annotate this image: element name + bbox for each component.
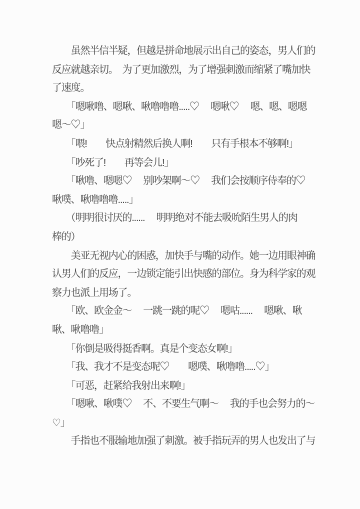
text-block: 虽然半信半疑，但越是拼命地展示出自己的姿态，男人们的 反应就越亲切。 为了更加激… [52,43,318,452]
text-line: 啾噗、啾噜噜噜.....」 [52,192,318,211]
text-line: 「可恶，赶紧给我射出来啊!」 [52,378,318,397]
text-line: 了速度。 [52,80,318,99]
text-line: 「啾噜、嗯嗯♡ 别吵架啊～♡ 我们会按顺序侍奉的♡ [52,173,318,192]
ebook-page: 虽然半信半疑，但越是拼命地展示出自己的姿态，男人们的 反应就越亲切。 为了更加激… [0,0,360,509]
text-line: 察力也派上用场了。 [52,285,318,304]
text-line: ♡」 [52,415,318,434]
text-line: 棒的） [52,229,318,248]
text-line: （明明很讨厌的...... 明明绝对不能去吸吮陌生男人的肉 [52,210,318,229]
text-line: 「嗯啾噜、嗯啾、啾噜噜噜.....♡ 嗯啾♡ 嗯、嗯、嗯嗯 [52,99,318,118]
text-line: 认男人们的反应，一边锁定能引出快感的部位。身为科学家的观 [52,266,318,285]
text-line: 啾、啾噜噜」 [52,322,318,341]
text-line: 「喂! 快点射精然后换人啊! 只有手根本不够啊!」 [52,136,318,155]
text-line: 「吵死了! 再等会儿!」 [52,155,318,174]
text-line: 「嗯啾、啾噗♡ 不、不要生气啊～ 我的手也会努力的～ [52,396,318,415]
text-line: 「我、我才不是变态呢♡ 嗯噗、啾噜噜.....♡」 [52,359,318,378]
text-line: 反应就越亲切。 为了更加激烈，为了增强刺激而缩紧了嘴加快 [52,62,318,81]
text-line: 虽然半信半疑，但越是拼命地展示出自己的姿态，男人们的 [52,43,318,62]
text-line: 嗯～♡」 [52,117,318,136]
text-line: 美亚无视内心的困惑，加快手与嘴的动作。她一边用眼神确 [52,248,318,267]
text-line: 「欧、欧金金～ 一跳一跳的呢♡ 嗯咕...... 嗯啾、啾 [52,303,318,322]
text-line: 手指也不服输地加强了刺激。被手指玩弄的男人也发出了与 [52,433,318,452]
text-line: 「你倒是吸得挺香啊。真是个变态女啊!」 [52,341,318,360]
